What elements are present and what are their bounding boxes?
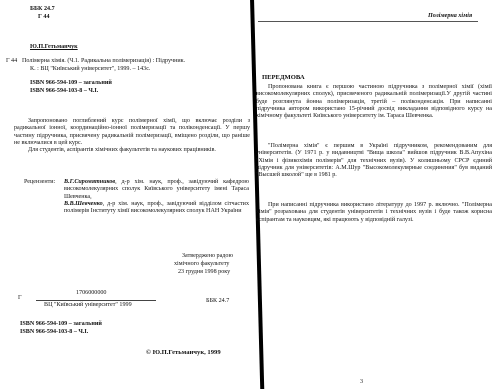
isbn-general: ISBN 966-594-109 – загальний <box>30 80 112 87</box>
bbk-code: ББК 24.7 <box>30 6 55 13</box>
code-publisher: ВЦ "Київський університет" 1999 <box>44 302 132 309</box>
reviewer-2: В.В.Шевченко, д-р хім. наук, проф., заві… <box>64 201 249 216</box>
index-code: Г 44 <box>38 14 50 21</box>
copyright: © Ю.П.Гетьманчук, 1999 <box>146 349 221 356</box>
isbn-part: ISBN 966-594-103-8 – Ч.І. <box>30 88 98 95</box>
preface-paragraph-1: Пропонована книга є першою частиною підр… <box>256 84 492 120</box>
audience-paragraph: Для студентів, аспірантів хімічних факул… <box>14 147 250 154</box>
approval-line-3: 23 грудня 1998 року <box>178 269 230 276</box>
left-page: ББК 24.7 Г 44 Ю.П.Гетьманчук Г 44 Поліме… <box>0 0 252 389</box>
section-title: ПЕРЕДМОВА <box>262 74 305 81</box>
code-letter: Г <box>18 295 22 302</box>
reviewers-label: Рецензенти: <box>24 179 55 186</box>
approval-line-2: хімічного факультету <box>174 261 229 268</box>
isbn-general-bottom: ISBN 966-594-109 – загальний <box>20 321 102 328</box>
catalog-line-1: Полімерна хімія. (Ч.1. Радикальна поліме… <box>22 58 185 65</box>
code-separator-line <box>36 300 156 301</box>
code-number: 1706000000 <box>76 290 106 297</box>
header-rule <box>258 21 478 22</box>
preface-paragraph-2: "Полімерна хімія" є першим в Україні під… <box>256 143 492 179</box>
catalog-index: Г 44 <box>6 58 17 65</box>
reviewer-1: В.Г.Сиромятников, д-р хім. наук, проф., … <box>64 179 249 201</box>
abstract-paragraph: Запропоновано поглиблений курс полімерно… <box>14 118 250 147</box>
isbn-part-bottom: ISBN 966-594-103-8 – Ч.І. <box>20 329 88 336</box>
reviewer-1-name: В.Г.Сиромятников <box>64 179 115 185</box>
page-number: 3 <box>360 379 363 386</box>
catalog-line-2: К. : ВЦ "Київський університет", 1999. –… <box>30 66 150 73</box>
approval-line-1: Затверджено радою <box>182 253 233 260</box>
running-header: Полімерна хімія <box>428 13 472 20</box>
right-page: Полімерна хімія <box>252 0 500 389</box>
preface-paragraph-3: При написанні підручника використано літ… <box>256 202 492 224</box>
reviewer-2-name: В.В.Шевченко <box>64 201 103 207</box>
author-name: Ю.П.Гетьманчук <box>30 44 78 51</box>
code-bbk: ББК 24.7 <box>206 298 229 305</box>
